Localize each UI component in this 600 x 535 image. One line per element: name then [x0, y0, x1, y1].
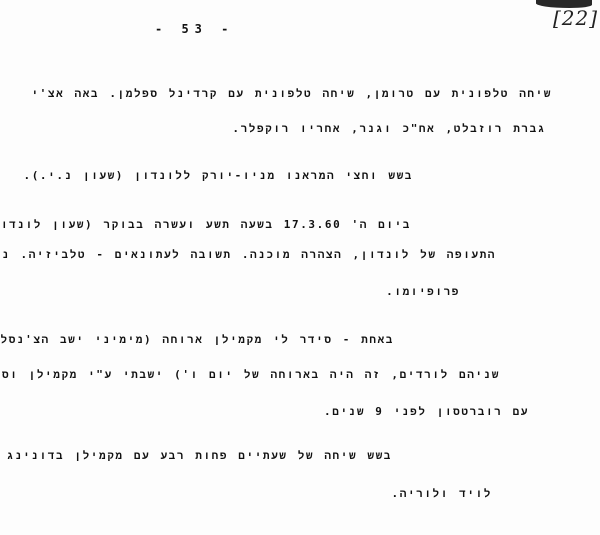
text-line: פרופיומו. — [386, 285, 460, 299]
document-page: [22] - 53 - שיחה טלפונית עם טרומן, שיחה … — [0, 0, 600, 535]
text-line: גברת רוזבלט, אח"כ וגנר, אחריו רוקפלר. — [232, 122, 546, 136]
archive-mark: [22] — [553, 6, 598, 30]
text-line: בשש שיחה של שעתיים פחות רבע עם מקמילן בד… — [0, 449, 392, 463]
text-line: בשש וחצי המראנו מניו-יורק ללונדון (שעון … — [23, 169, 413, 183]
text-line: עם רוברטסון לפני 9 שנים. — [324, 405, 529, 419]
page-number: - 53 - — [155, 22, 234, 36]
text-line: באחת - סידר לי מקמילן ארוחה (מימיני ישב … — [0, 333, 394, 347]
text-line: התעופה של לונדון, הצהרה מוכנה. תשובה לעת… — [0, 248, 496, 262]
text-line: שניהם לורדים, זה היה בארוחה של יום ו') י… — [0, 368, 500, 382]
text-line: שיחה טלפונית עם טרומן, שיחה טלפונית עם ק… — [31, 87, 552, 101]
text-line: ביום ה' 17.3.60 בשעה תשע ועשרה בבוקר (שע… — [0, 218, 411, 232]
text-line: לויד ולוריה. — [392, 487, 492, 501]
